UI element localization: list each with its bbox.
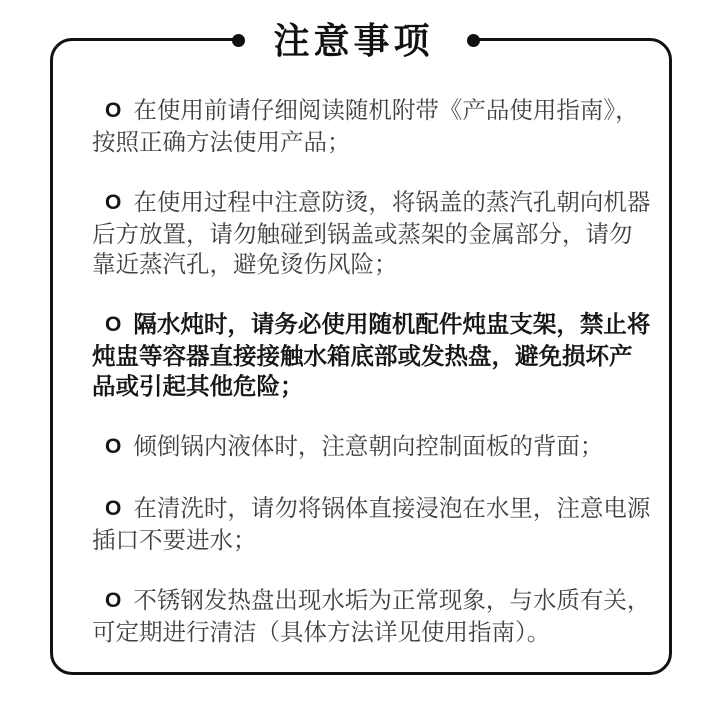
notice-line: 按照正确方法使用产品；	[92, 127, 649, 157]
notice-line: O在清洗时，请勿将锅体直接浸泡在水里，注意电源	[92, 493, 649, 525]
bullet-circle-icon: O	[105, 96, 121, 126]
notice-line-text: 在使用前请仔细阅读随机附带《产品使用指南》，	[133, 97, 638, 123]
notice-item-pour-liquid: O倾倒锅内液体时，注意朝向控制面板的背面；	[92, 431, 649, 463]
bullet-circle-icon: O	[105, 586, 121, 616]
notice-line-text: 不锈钢发热盘出现水垢为正常现象，与水质有关，	[133, 587, 650, 613]
notice-item-stew-rack-warning: O隔水炖时，请务必使用随机配件炖盅支架，禁止将 炖盅等容器直接接触水箱底部或发热…	[92, 309, 649, 401]
notice-item-cleaning: O在清洗时，请勿将锅体直接浸泡在水里，注意电源 插口不要进水；	[92, 493, 649, 555]
notice-item-scald-warning: O在使用过程中注意防烫，将锅盖的蒸汽孔朝向机器 后方放置，请勿触碰到锅盖或蒸架的…	[92, 187, 649, 279]
notice-item-read-guide: O在使用前请仔细阅读随机附带《产品使用指南》， 按照正确方法使用产品；	[92, 95, 649, 157]
notice-line-text: 倾倒锅内液体时，注意朝向控制面板的背面；	[133, 433, 603, 459]
notice-line: 品或引起其他危险；	[92, 371, 649, 401]
notice-line-text: 在使用过程中注意防烫，将锅盖的蒸汽孔朝向机器	[133, 189, 650, 215]
notice-line-text: 在清洗时，请勿将锅体直接浸泡在水里，注意电源	[133, 495, 650, 521]
notice-item-scale-buildup: O不锈钢发热盘出现水垢为正常现象，与水质有关， 可定期进行清洁（具体方法详见使用…	[92, 585, 649, 647]
notice-line: 后方放置，请勿触碰到锅盖或蒸架的金属部分，请勿	[92, 219, 649, 249]
notice-line: 炖盅等容器直接接触水箱底部或发热盘，避免损坏产	[92, 341, 649, 371]
notice-line: 插口不要进水；	[92, 525, 649, 555]
notice-line: O在使用前请仔细阅读随机附带《产品使用指南》，	[92, 95, 649, 127]
bullet-circle-icon: O	[105, 310, 121, 340]
notice-content: O在使用前请仔细阅读随机附带《产品使用指南》， 按照正确方法使用产品； O在使用…	[53, 41, 669, 672]
notice-line: 靠近蒸汽孔，避免烫伤风险；	[92, 249, 649, 279]
notice-line: O不锈钢发热盘出现水垢为正常现象，与水质有关，	[92, 585, 649, 617]
notice-line: O倾倒锅内液体时，注意朝向控制面板的背面；	[92, 431, 649, 463]
notice-line: O隔水炖时，请务必使用随机配件炖盅支架，禁止将	[92, 309, 649, 341]
bullet-circle-icon: O	[105, 432, 121, 462]
notice-line: O在使用过程中注意防烫，将锅盖的蒸汽孔朝向机器	[92, 187, 649, 219]
bullet-circle-icon: O	[105, 188, 121, 218]
notice-line: 可定期进行清洁（具体方法详见使用指南）。	[92, 617, 649, 647]
notice-line-text: 隔水炖时，请务必使用随机配件炖盅支架，禁止将	[133, 311, 650, 337]
bullet-circle-icon: O	[105, 494, 121, 524]
precautions-page: 注意事项 O在使用前请仔细阅读随机附带《产品使用指南》， 按照正确方法使用产品；…	[0, 0, 707, 717]
